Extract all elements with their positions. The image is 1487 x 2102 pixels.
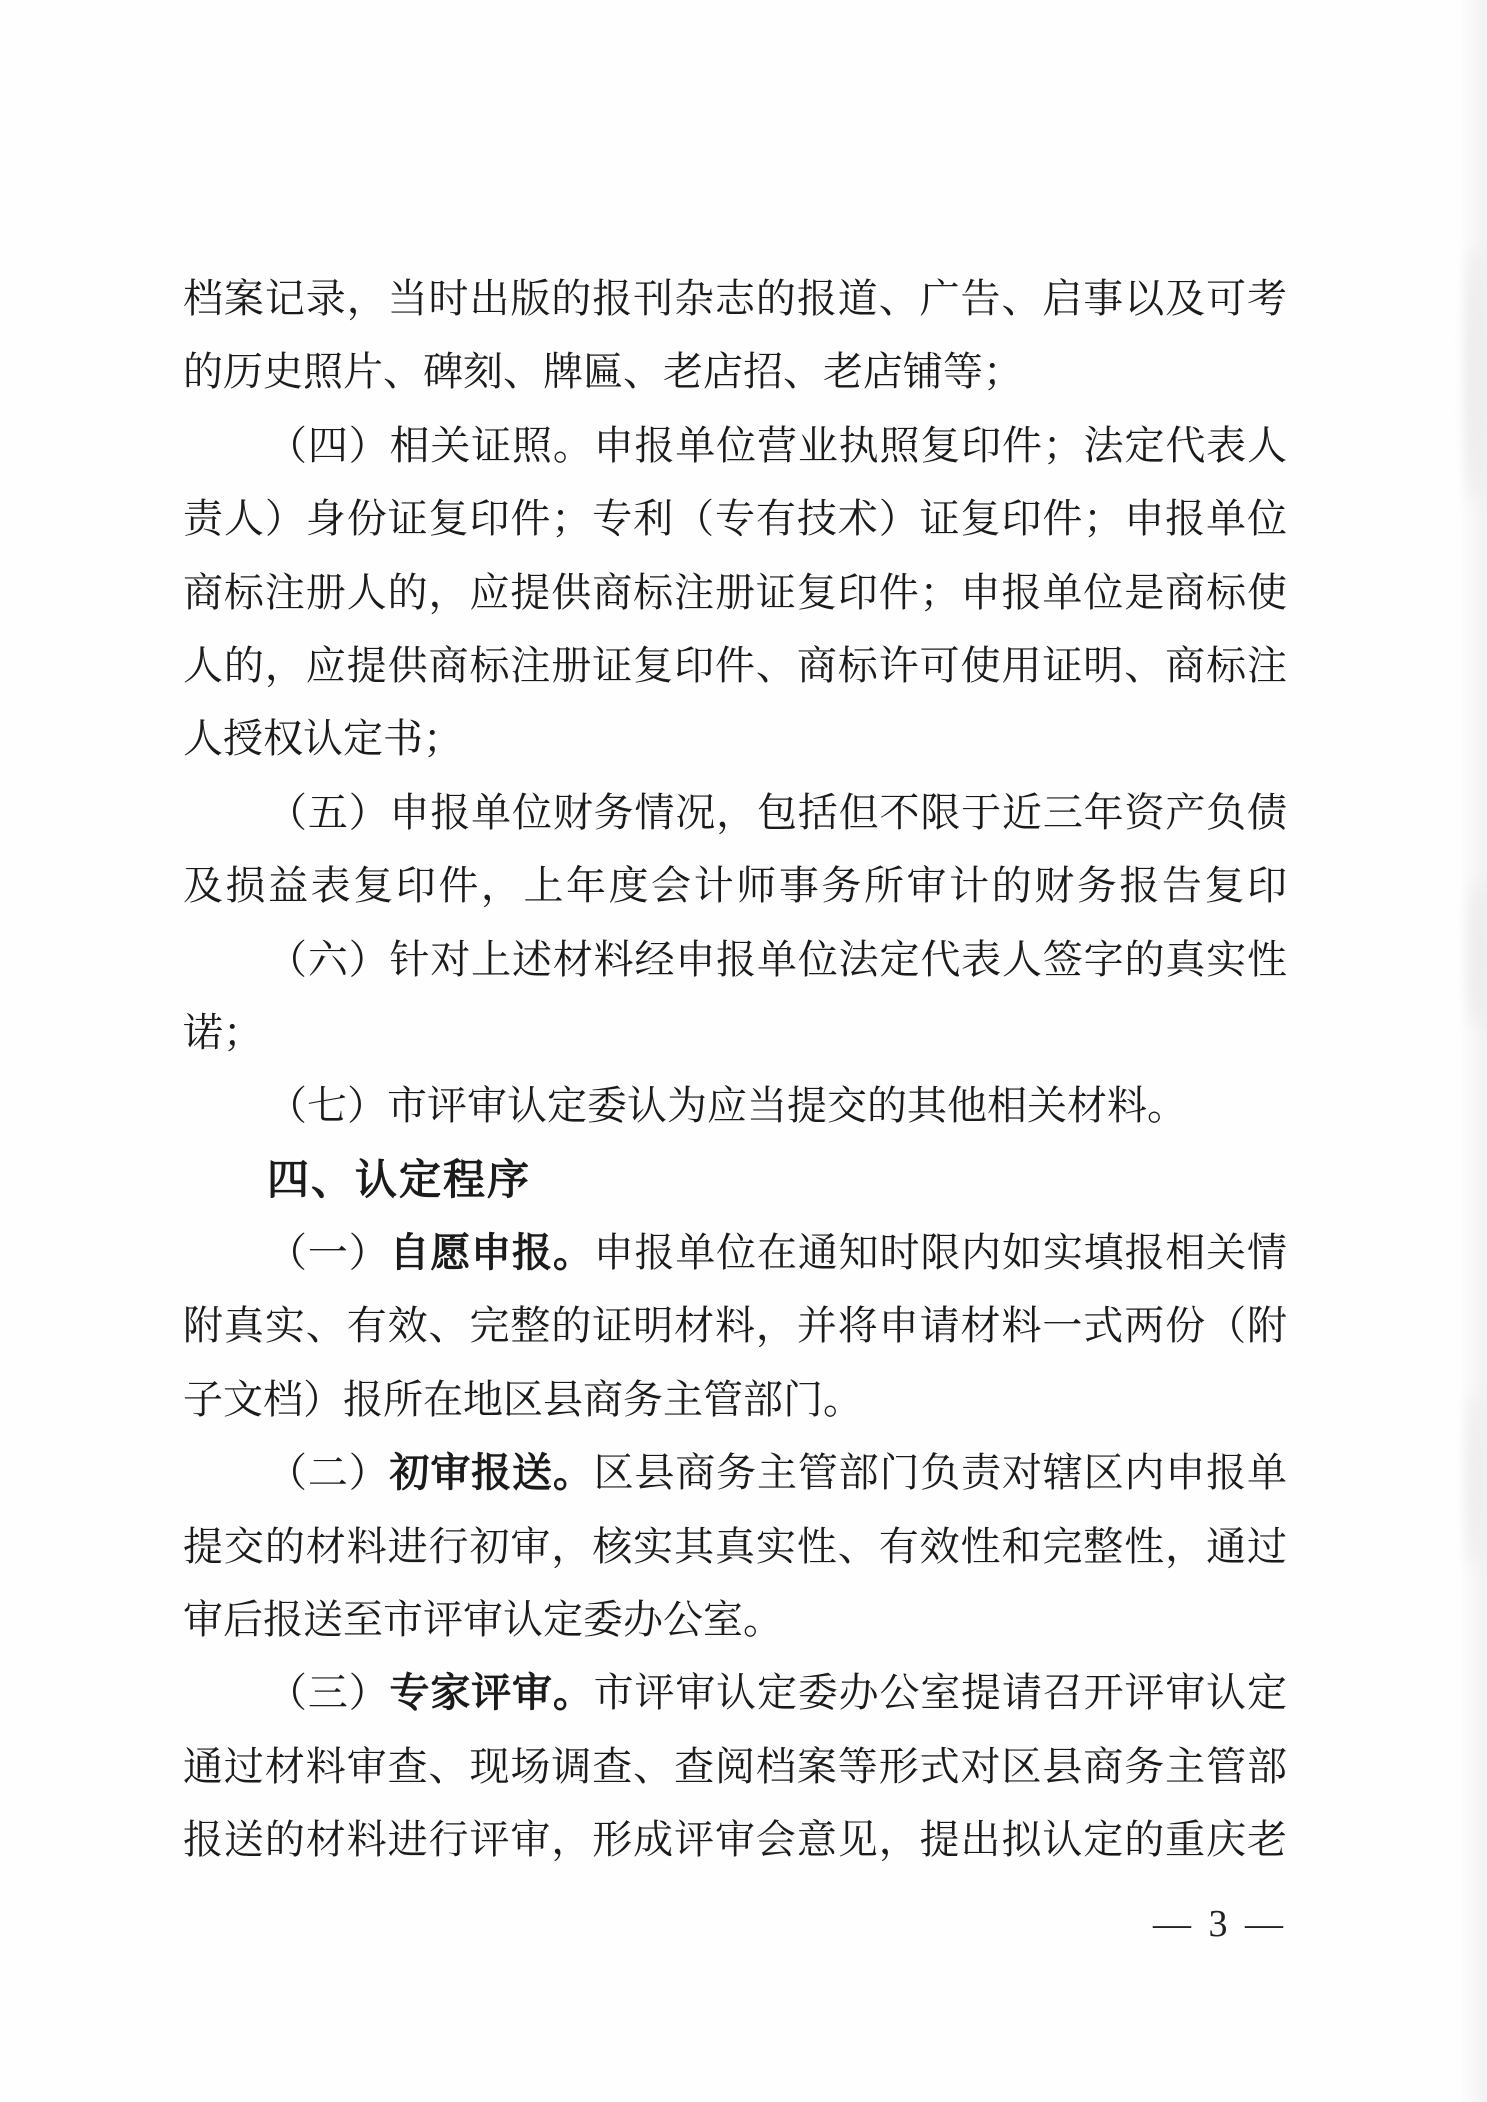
body-text: （二）: [267, 1450, 390, 1495]
body-text: （五）申报单位财务情况，包括但不限于近三年资产负债表: [183, 790, 1287, 849]
emphasis-text: 自愿申报。: [390, 1230, 594, 1275]
text-line: 及损益表复印件，上年度会计师事务所审计的财务报告复印件；: [183, 849, 1287, 922]
text-line: 档案记录，当时出版的报刊杂志的报道、广告、启事以及可考证: [183, 262, 1287, 335]
body-text: 的历史照片、碑刻、牌匾、老店招、老店铺等；: [183, 349, 1023, 394]
text-line: 报送的材料进行评审，形成评审会意见，提出拟认定的重庆老字: [183, 1803, 1287, 1876]
text-line: （三）专家评审。市评审认定委办公室提请召开评审认定会，: [183, 1656, 1287, 1729]
scan-edge-shade: [1459, 0, 1487, 2102]
body-text: 报送的材料进行评审，形成评审会意见，提出拟认定的重庆老字: [183, 1817, 1287, 1876]
text-line: （四）相关证照。申报单位营业执照复印件；法定代表人（负: [183, 409, 1287, 482]
body-text: （四）相关证照。申报单位营业执照复印件；法定代表人（负: [183, 423, 1287, 482]
text-line: 人的，应提供商标注册证复印件、商标许可使用证明、商标注册: [183, 629, 1287, 702]
body-text: 提交的材料进行初审，核实其真实性、有效性和完整性，通过初: [183, 1524, 1287, 1583]
text-line: 子文档）报所在地区县商务主管部门。: [183, 1363, 1287, 1436]
text-line: 提交的材料进行初审，核实其真实性、有效性和完整性，通过初: [183, 1510, 1287, 1583]
text-line: 通过材料审查、现场调查、查阅档案等形式对区县商务主管部门: [183, 1730, 1287, 1803]
text-line: 责人）身份证复印件；专利（专有技术）证复印件；申报单位是: [183, 482, 1287, 555]
text-line: 商标注册人的，应提供商标注册证复印件；申报单位是商标使用: [183, 556, 1287, 629]
emphasis-text: 专家评审。: [390, 1670, 594, 1715]
body-text: 档案记录，当时出版的报刊杂志的报道、广告、启事以及可考证: [183, 276, 1287, 335]
text-line: （六）针对上述材料经申报单位法定代表人签字的真实性承: [183, 923, 1287, 996]
document-page: 档案记录，当时出版的报刊杂志的报道、广告、启事以及可考证的历史照片、碑刻、牌匾、…: [0, 0, 1487, 2102]
emphasis-text: 初审报送。: [390, 1450, 594, 1495]
body-text: （六）针对上述材料经申报单位法定代表人签字的真实性承: [183, 937, 1287, 996]
body-text: （三）: [267, 1670, 390, 1715]
text-body: 档案记录，当时出版的报刊杂志的报道、广告、启事以及可考证的历史照片、碑刻、牌匾、…: [183, 262, 1287, 1877]
text-line: （二）初审报送。区县商务主管部门负责对辖区内申报单位: [183, 1436, 1287, 1509]
body-text: 通过材料审查、现场调查、查阅档案等形式对区县商务主管部门: [183, 1744, 1287, 1803]
text-line: 诺；: [183, 996, 1287, 1069]
section-heading: 四、认定程序: [183, 1143, 1287, 1216]
body-text: 责人）身份证复印件；专利（专有技术）证复印件；申报单位是: [183, 496, 1287, 555]
emphasis-text: 四、认定程序: [267, 1156, 531, 1203]
body-text: 人的，应提供商标注册证复印件、商标许可使用证明、商标注册: [183, 643, 1287, 702]
scan-smudge: [1469, 880, 1483, 1030]
body-text: 审后报送至市评审认定委办公室。: [183, 1597, 783, 1642]
scan-smudge: [1467, 1390, 1479, 1570]
body-text: 子文档）报所在地区县商务主管部门。: [183, 1377, 863, 1422]
body-text: （一）: [267, 1230, 390, 1275]
text-line: （七）市评审认定委认为应当提交的其他相关材料。: [183, 1069, 1287, 1142]
text-line: （一）自愿申报。申报单位在通知时限内如实填报相关情况，: [183, 1216, 1287, 1289]
body-text: 附真实、有效、完整的证明材料，并将申请材料一式两份（附电: [183, 1303, 1287, 1362]
text-line: 审后报送至市评审认定委办公室。: [183, 1583, 1287, 1656]
body-text: （七）市评审认定委认为应当提交的其他相关材料。: [267, 1083, 1187, 1128]
body-text: 及损益表复印件，上年度会计师事务所审计的财务报告复印件；: [183, 863, 1287, 922]
body-text: 人授权认定书；: [183, 716, 463, 761]
text-line: 的历史照片、碑刻、牌匾、老店招、老店铺等；: [183, 335, 1287, 408]
text-line: （五）申报单位财务情况，包括但不限于近三年资产负债表: [183, 776, 1287, 849]
scan-smudge: [1465, 245, 1481, 505]
text-line: 附真实、有效、完整的证明材料，并将申请材料一式两份（附电: [183, 1289, 1287, 1362]
page-number: — 3 —: [1153, 1898, 1287, 1950]
body-text: 诺；: [183, 1010, 263, 1055]
body-text: 商标注册人的，应提供商标注册证复印件；申报单位是商标使用: [183, 570, 1287, 629]
text-line: 人授权认定书；: [183, 702, 1287, 775]
